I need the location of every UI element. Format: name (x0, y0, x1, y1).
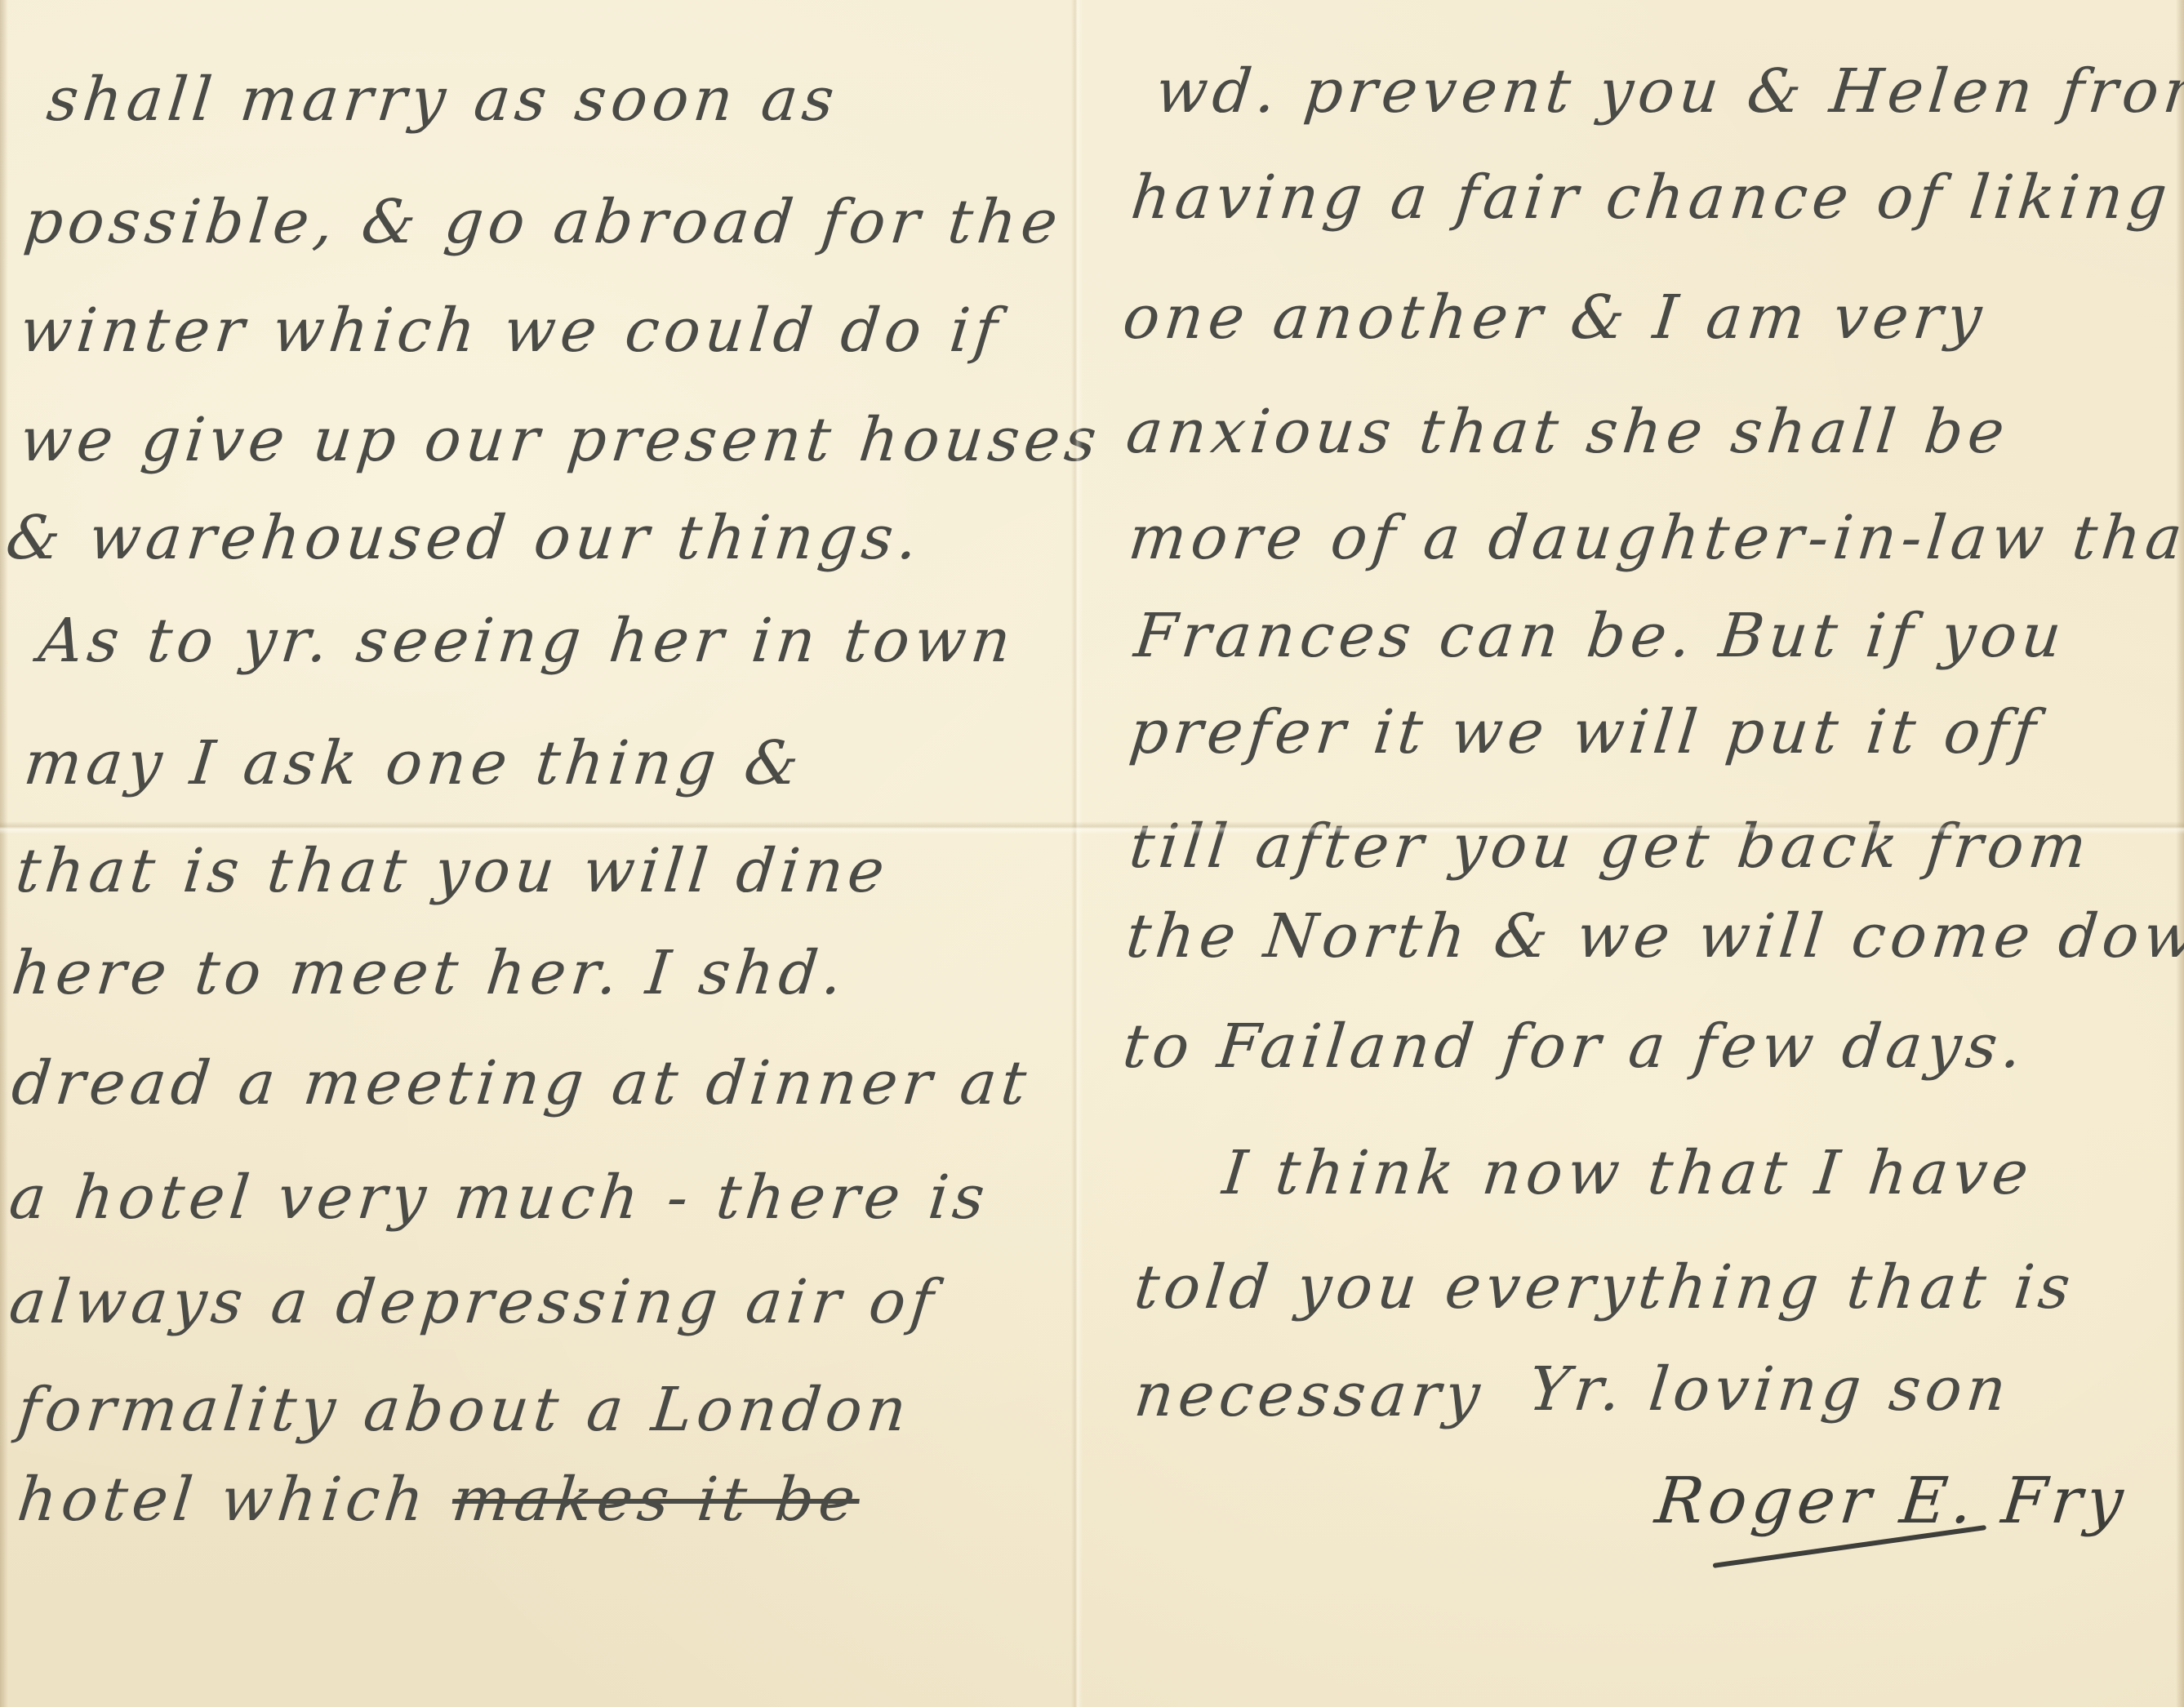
horizontal-crease (0, 821, 2184, 834)
right-page: wd. prevent you & Helen from having a fa… (1076, 0, 2184, 1707)
handwritten-line: here to meet her. I shd. (9, 943, 850, 1003)
handwritten-line: dread a meeting at dinner at (9, 1053, 1034, 1114)
handwritten-line: I think now that I have (1220, 1143, 2036, 1203)
handwritten-line: wd. prevent you & Helen from (1153, 61, 2184, 122)
center-fold (1071, 0, 1083, 1707)
handwritten-line: to Failand for a few days. (1120, 1016, 2029, 1077)
handwritten-line: one another & I am very (1120, 287, 1989, 348)
letter-closing: Yr. loving son (1526, 1359, 2013, 1420)
handwritten-line: may I ask one thing & (21, 733, 807, 793)
left-page: shall marry as soon as possible, & go ab… (0, 0, 1076, 1707)
handwritten-line: As to yr. seeing her in town (36, 611, 1018, 671)
handwritten-line: & warehoused our things. (3, 508, 925, 568)
handwritten-line: formality about a London (15, 1380, 914, 1440)
handwritten-line: shall marry as soon as (44, 69, 842, 130)
handwritten-line: anxious that she shall be (1123, 402, 2012, 462)
handwritten-line: that is that you will dine (13, 841, 892, 901)
handwritten-line: having a fair chance of liking (1128, 167, 2174, 228)
handwritten-line: possible, & go abroad for the (21, 192, 1065, 252)
handwritten-line: winter which we could do if (17, 300, 1005, 361)
handwritten-line: necessary (1132, 1365, 1488, 1425)
line-text: hotel which (14, 1465, 432, 1535)
handwritten-line: prefer it we will put it off (1127, 702, 2043, 762)
handwritten-line: told you everything that is (1132, 1257, 2078, 1318)
signature: Roger E. Fry (1652, 1469, 2131, 1533)
handwritten-line: we give up our present houses (17, 410, 1104, 470)
letter-scan: shall marry as soon as possible, & go ab… (0, 0, 2184, 1707)
handwritten-line: a hotel very much - there is (7, 1167, 992, 1228)
handwritten-line: Frances can be. But if you (1132, 606, 2069, 666)
handwritten-line: hotel which makes it be (15, 1469, 863, 1530)
handwritten-line: more of a daughter-in-law than (1126, 508, 2184, 568)
struck-through-text: makes it be (449, 1465, 864, 1535)
handwritten-line: the North & we will come down (1123, 906, 2184, 967)
handwritten-line: always a depressing air of (7, 1272, 941, 1332)
